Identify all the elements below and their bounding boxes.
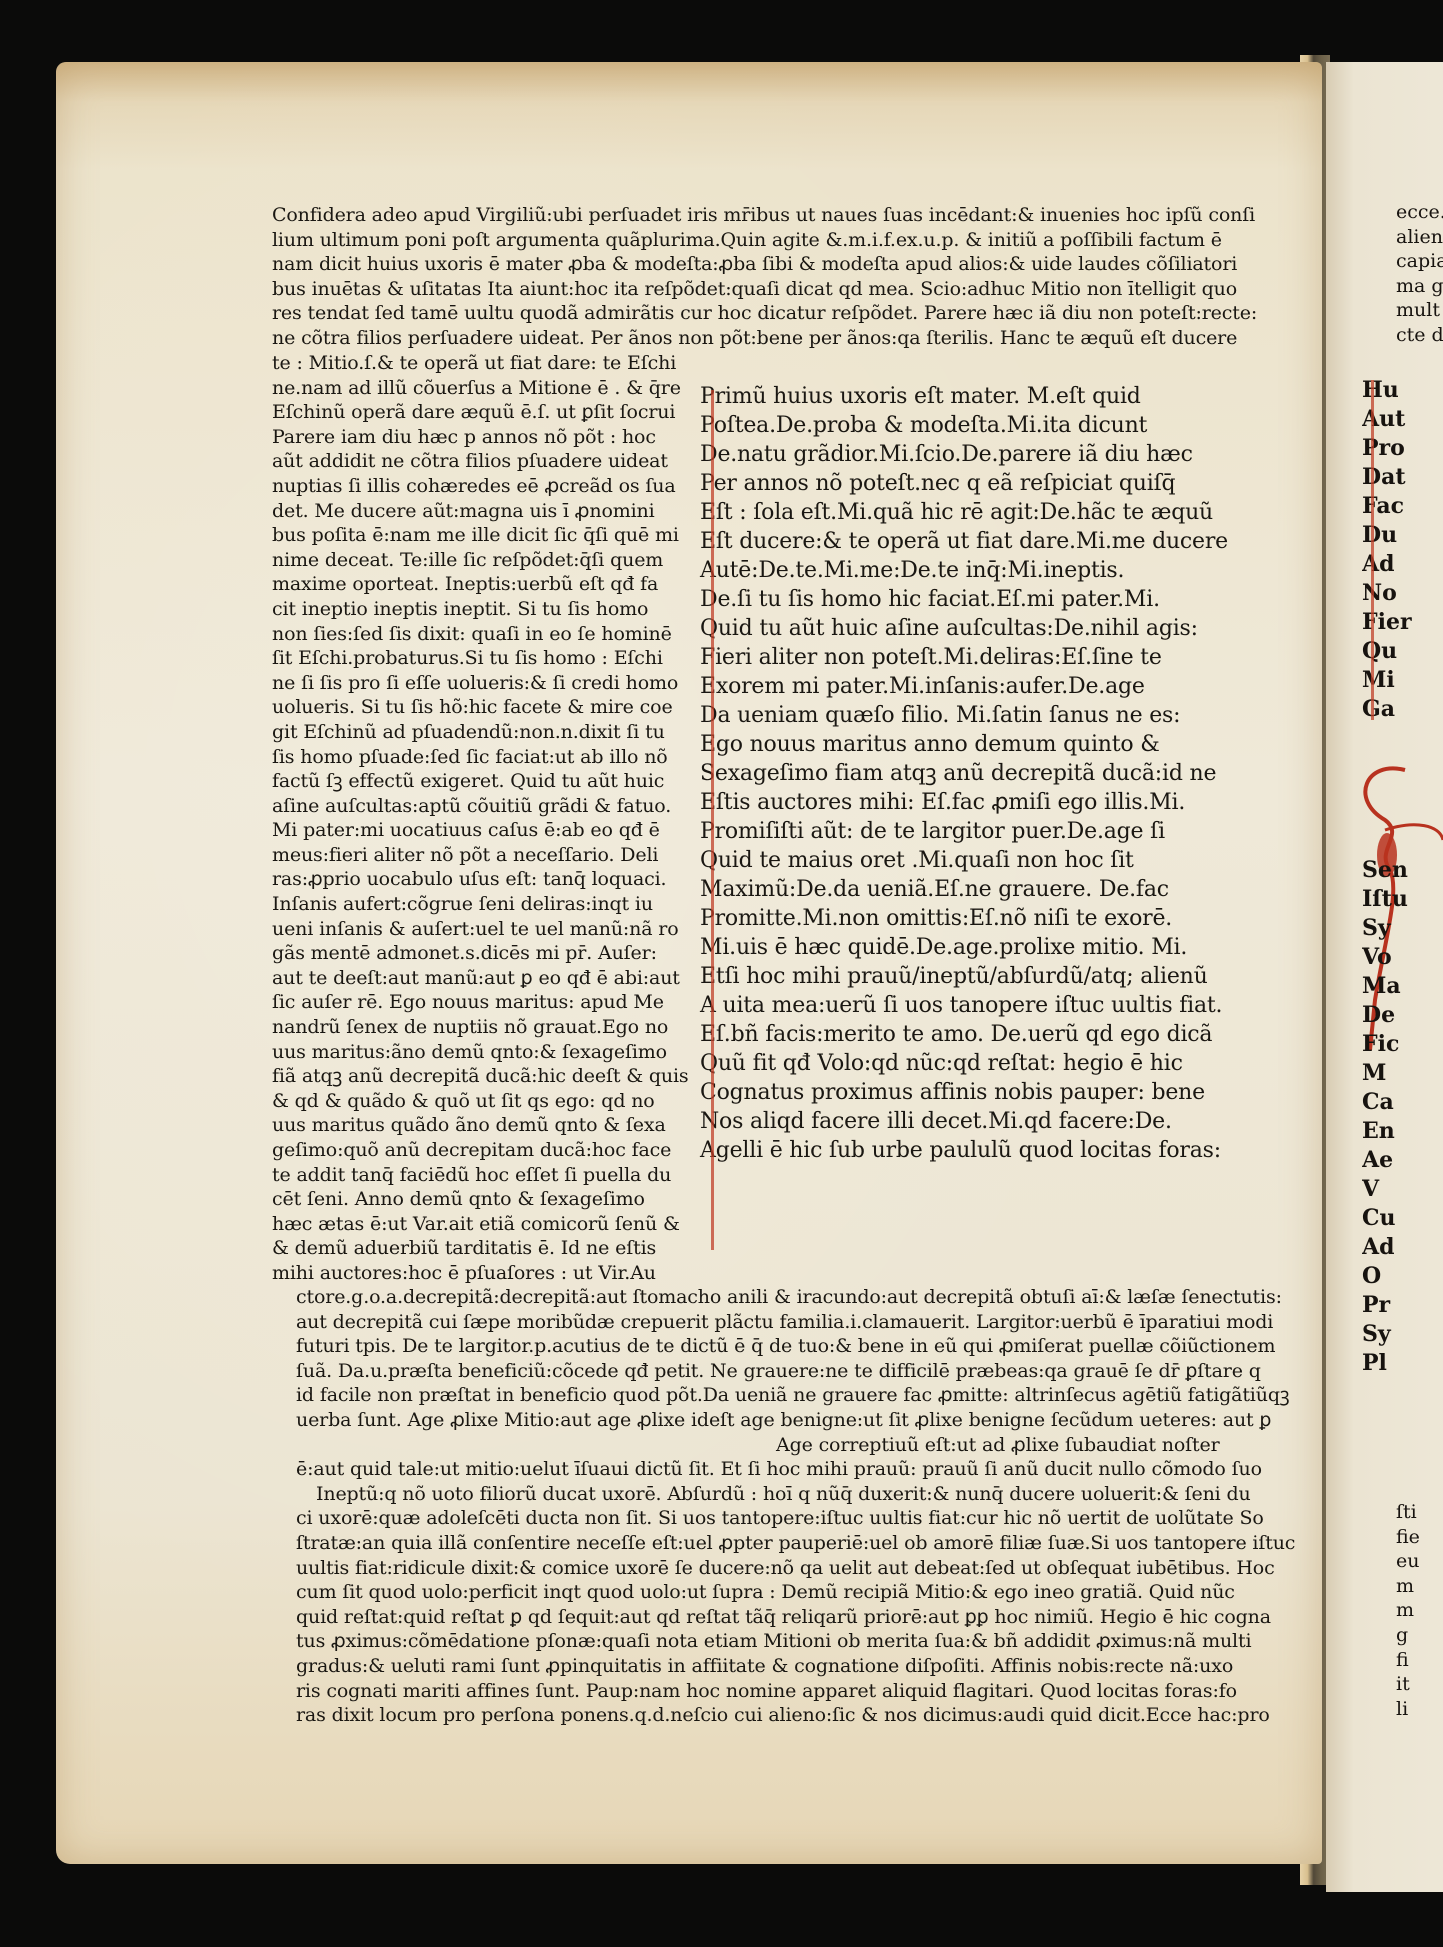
rubric-stroke-verse <box>711 390 714 1250</box>
facing-verse-line: Pr <box>1362 1291 1443 1320</box>
verse-line: Maximũ:De.da ueniã.Eſ.ne grauere. De.fac <box>700 875 1228 904</box>
verse-line: Autē:De.te.Mi.me:De.te inq̄:Mi.ineptis. <box>700 556 1228 585</box>
commentary-line: uus maritus quãdo ãno demũ qnto & ſexa <box>272 1113 689 1138</box>
facing-verse-line: Ad <box>1362 1233 1443 1262</box>
commentary-line: uultis fiat:ridicule dixit:& comice uxor… <box>296 1556 1295 1581</box>
facing-page-bottom-text: ſtifieeummgfiitli <box>1396 1500 1443 1721</box>
facing-line: eu <box>1396 1549 1443 1574</box>
facing-verse-line: Ma <box>1362 972 1443 1001</box>
verse-line: Ego nouus maritus anno demum quinto & <box>700 730 1228 759</box>
commentary-line: ſuã. Da.u.præſta beneficiũ:cõcede qđ pet… <box>296 1359 1295 1384</box>
facing-verse-line: Du <box>1362 521 1443 550</box>
commentary-line: Inſanis aufert:cõgrue ſeni deliras:inqt … <box>272 892 689 917</box>
verse-line: Eſt ducere:& te operã ut fiat dare.Mi.me… <box>700 527 1228 556</box>
verse-line: Poſtea.De.proba & modeſta.Mi.ita dicunt <box>700 411 1228 440</box>
commentary-bottom: ctore.g.o.a.decrepitã:decrepitã:aut ſtom… <box>296 1285 1295 1728</box>
commentary-line: ras:ꝓprio uocabulo uſus eſt: tanq̄ loqua… <box>272 867 689 892</box>
facing-line: mult <box>1396 298 1443 323</box>
verse-line: Cognatus proximus affinis nobis pauper: … <box>700 1078 1228 1107</box>
facing-verse-line: Sy <box>1362 914 1443 943</box>
commentary-line: det. Me ducere aũt:magna uis ī ꝓnomini <box>272 499 689 524</box>
commentary-line: bus poſita ē:nam me ille dicit ſic q̄ſi … <box>272 523 689 548</box>
facing-page-top-text: ecce.]aliencapiama gmultcte d <box>1396 200 1443 348</box>
commentary-line: meus:fieri aliter nõ põt a neceſſario. D… <box>272 843 689 868</box>
facing-verse-line: No <box>1362 579 1443 608</box>
facing-line: g <box>1396 1623 1443 1648</box>
facing-verse-line: Aut <box>1362 405 1443 434</box>
commentary-line: tus ꝓximus:cõmēdatione pſonæ:quaſi nota … <box>296 1629 1295 1654</box>
commentary-line: ſic auſer rē. Ego nouus maritus: apud Me <box>272 990 689 1015</box>
verse-line: Quid te maius oret .Mi.quaſi non hoc ſit <box>700 846 1228 875</box>
verse-line: Eſtis auctores mihi: Eſ.fac ꝓmiſi ego il… <box>700 788 1228 817</box>
commentary-line: & demũ aduerbiũ tarditatis ē. Id ne eſti… <box>272 1236 689 1261</box>
facing-verse-line: O <box>1362 1262 1443 1291</box>
commentary-line: Ineptũ:q nõ uoto filiorũ ducat uxorē. Ab… <box>296 1482 1295 1507</box>
commentary-line: lium ultimum poni poſt argumenta quãplur… <box>272 228 1257 253</box>
commentary-line: futuri tpis. De te largitor.p.acutius de… <box>296 1334 1295 1359</box>
facing-page-verse-initials-2: SenIſtuSyVoMaDeFicMCaEnAeVCuAdOPrSyPl <box>1362 856 1443 1378</box>
commentary-line: gãs mentē admonet.s.dicēs mi pr̄. Auſer: <box>272 941 689 966</box>
facing-verse-line: De <box>1362 1001 1443 1030</box>
commentary-line: ē:aut quid tale:ut mitio:uelut īſuaui di… <box>296 1457 1295 1482</box>
facing-verse-line: Hu <box>1362 376 1443 405</box>
commentary-line: mihi auctores:hoc ē pſuaſores : ut Vir.A… <box>272 1261 689 1286</box>
commentary-line: ſit Eſchi.probaturus.Si tu ſis homo : Eſ… <box>272 646 689 671</box>
commentary-line: aut te deeſt:aut manũ:aut ꝑ eo qđ ē abi:… <box>272 966 689 991</box>
commentary-line: Age correptiuũ eſt:ut ad ꝓlixe ſubaudiat… <box>296 1433 1295 1458</box>
commentary-line: nuptias ſi illis cohæredes eē ꝓcreãd os … <box>272 474 689 499</box>
verse-line: Sexageſimo fiam atqꝫ anũ decrepitã ducã:… <box>700 759 1228 788</box>
commentary-line: id facile non præſtat in beneficio quod … <box>296 1383 1295 1408</box>
facing-verse-line: Ae <box>1362 1146 1443 1175</box>
commentary-line: aũt addidit ne cõtra filios pſuadere uid… <box>272 449 689 474</box>
commentary-line: ſis homo pſuade:ſed ſic faciat:ut ab ill… <box>272 745 689 770</box>
facing-line: it <box>1396 1672 1443 1697</box>
commentary-line: ris cognati mariti affines ſunt. Paup:na… <box>296 1679 1295 1704</box>
verse-line: Mi.uis ē hæc quidē.De.age.prolixe mitio.… <box>700 933 1228 962</box>
facing-verse-line: Dat <box>1362 463 1443 492</box>
commentary-line: aut decrepitã cui ſæpe moribũdæ crepueri… <box>296 1310 1295 1335</box>
verse-line: Agelli ē hic ſub urbe paululũ quod locit… <box>700 1136 1228 1165</box>
facing-line: alien <box>1396 225 1443 250</box>
commentary-line: cum ſit quod uolo:perficit inqt quod uol… <box>296 1580 1295 1605</box>
facing-line: m <box>1396 1598 1443 1623</box>
commentary-left-column: te : Mitio.ſ.& te operã ut fiat dare: te… <box>272 351 689 1286</box>
commentary-line: aſine auſcultas:aptũ cõuitiũ grãdi & fat… <box>272 794 689 819</box>
commentary-line: maxime oporteat. Ineptis:uerbũ eſt qđ fa <box>272 572 689 597</box>
verse-line: De.ſi tu ſis homo hic faciat.Eſ.mi pater… <box>700 585 1228 614</box>
commentary-line: uolueris. Si tu ſis hõ:hic facete & mire… <box>272 695 689 720</box>
facing-line: ma g <box>1396 274 1443 299</box>
facing-page-verse-initials-1: HuAutProDatFacDuAdNoFierQuMiGa <box>1362 376 1443 724</box>
commentary-top: Confidera adeo apud Virgiliũ:ubi perſuad… <box>272 203 1257 351</box>
commentary-line: fiã atqꝫ anũ decrepitã ducã:hic deeſt & … <box>272 1064 689 1089</box>
verse-column: Primũ huius uxoris eſt mater. M.eſt quid… <box>700 382 1228 1165</box>
commentary-line: ctore.g.o.a.decrepitã:decrepitã:aut ſtom… <box>296 1285 1295 1310</box>
facing-rubric-stroke <box>1371 380 1374 720</box>
facing-verse-line: Cu <box>1362 1204 1443 1233</box>
commentary-line: gradus:& ueluti rami ſunt ꝓpinquitatis i… <box>296 1654 1295 1679</box>
verse-line: De.natu grãdior.Mi.ſcio.De.parere iã diu… <box>700 440 1228 469</box>
commentary-line: git Eſchinũ ad pſuadendũ:non.n.dixit ſi … <box>272 720 689 745</box>
commentary-line: geſimo:quõ anũ decrepitam ducã:hoc face <box>272 1138 689 1163</box>
facing-verse-line: V <box>1362 1175 1443 1204</box>
commentary-line: ne.nam ad illũ cõuerſus a Mitione ē . & … <box>272 376 689 401</box>
verse-line: Primũ huius uxoris eſt mater. M.eſt quid <box>700 382 1228 411</box>
facing-verse-line: Qu <box>1362 637 1443 666</box>
facing-verse-line: Fier <box>1362 608 1443 637</box>
commentary-line: & qd & quãdo & quõ ut ſit qs ego: qd no <box>272 1089 689 1114</box>
commentary-line: cit ineptio ineptis ineptit. Si tu ſis h… <box>272 597 689 622</box>
facing-line: ſti <box>1396 1500 1443 1525</box>
facing-verse-line: M <box>1362 1059 1443 1088</box>
verse-line: Quid tu aũt huic aſine auſcultas:De.nihi… <box>700 614 1228 643</box>
verse-line: A uita mea:uerũ ſi uos tanopere iſtuc uu… <box>700 991 1228 1020</box>
commentary-line: Confidera adeo apud Virgiliũ:ubi perſuad… <box>272 203 1257 228</box>
commentary-line: nime deceat. Te:ille ſic reſpõdet:q̄ſi q… <box>272 548 689 573</box>
commentary-line: nandrũ ſenex de nuptiis nõ grauat.Ego no <box>272 1015 689 1040</box>
commentary-line: ne ſi ſis pro ſi eſſe uolueris:& ſi cred… <box>272 671 689 696</box>
commentary-line: uerba ſunt. Age ꝓlixe Mitio:aut age ꝓlix… <box>296 1408 1295 1433</box>
facing-verse-line: Mi <box>1362 666 1443 695</box>
commentary-line: ras dixit locum pro perſona ponens.q.d.n… <box>296 1703 1295 1728</box>
verse-line: Quũ fit qđ Volo:qd nũc:qd reſtat: hegio … <box>700 1049 1228 1078</box>
facing-line: m <box>1396 1574 1443 1599</box>
commentary-line: ſtratæ:an quia illã conſentire neceſſe e… <box>296 1531 1295 1556</box>
facing-line: fi <box>1396 1648 1443 1673</box>
verse-line: Per annos nõ poteſt.nec q eã reſpiciat q… <box>700 469 1228 498</box>
commentary-line: te addit tanq̄ faciēdũ hoc eſſet ſi puel… <box>272 1163 689 1188</box>
commentary-line: te : Mitio.ſ.& te operã ut fiat dare: te… <box>272 351 689 376</box>
verse-line: Etſi hoc mihi prauũ/ineptũ/abſurdũ/atq; … <box>700 962 1228 991</box>
commentary-line: uus maritus:ãno demũ qnto:& ſexageſimo <box>272 1040 689 1065</box>
commentary-line: ne cõtra filios perſuadere uideat. Per ã… <box>272 326 1257 351</box>
commentary-line: Parere iam diu hæc p annos nõ põt : hoc <box>272 425 689 450</box>
facing-verse-line: Sy <box>1362 1320 1443 1349</box>
verse-line: Da ueniam quæſo filio. Mi.ſatin ſanus ne… <box>700 701 1228 730</box>
verse-line: Promitte.Mi.non omittis:Eſ.nõ niſi te ex… <box>700 904 1228 933</box>
commentary-line: non ſies:ſed ſis dixit: quaſi in eo ſe h… <box>272 622 689 647</box>
facing-verse-line: Fac <box>1362 492 1443 521</box>
facing-line: li <box>1396 1697 1443 1722</box>
facing-verse-line: Pl <box>1362 1349 1443 1378</box>
verse-line: Nos aliqd facere illi decet.Mi.qd facere… <box>700 1107 1228 1136</box>
facing-verse-line: Fic <box>1362 1030 1443 1059</box>
commentary-line: nam dicit huius uxoris ē mater ꝓba & mod… <box>272 252 1257 277</box>
commentary-line: factũ ſꝫ effectũ exigeret. Quid tu aũt h… <box>272 769 689 794</box>
commentary-line: ci uxorē:quæ adoleſcēti ducta non ſit. S… <box>296 1506 1295 1531</box>
verse-line: Eſt : ſola eſt.Mi.quã hic rē agit:De.hãc… <box>700 498 1228 527</box>
facing-line: fie <box>1396 1525 1443 1550</box>
verse-line: Exorem mi pater.Mi.inſanis:aufer.De.age <box>700 672 1228 701</box>
facing-verse-line: Ad <box>1362 550 1443 579</box>
facing-verse-line: En <box>1362 1117 1443 1146</box>
facing-verse-line: Ca <box>1362 1088 1443 1117</box>
commentary-line: ueni inſanis & auſert:uel te uel manũ:nã… <box>272 917 689 942</box>
facing-line: cte d <box>1396 323 1443 348</box>
commentary-line: hæc ætas ē:ut Var.ait etiã comicorũ ſenũ… <box>272 1212 689 1237</box>
commentary-line: Mi pater:mi uocatiuus caſus ē:ab eo qđ ē <box>272 818 689 843</box>
facing-verse-line: Iſtu <box>1362 885 1443 914</box>
facing-verse-line: Sen <box>1362 856 1443 885</box>
commentary-line: Eſchinũ operã dare æquũ ē.ſ. ut ꝑſit ſoc… <box>272 400 689 425</box>
facing-verse-line: Vo <box>1362 943 1443 972</box>
verse-line: Promiſiſti aũt: de te largitor puer.De.a… <box>700 817 1228 846</box>
commentary-line: quid reſtat:quid reſtat ꝑ qd ſequit:aut … <box>296 1605 1295 1630</box>
verse-line: Fieri aliter non poteſt.Mi.deliras:Eſ.ſi… <box>700 643 1228 672</box>
verse-line: Eſ.bñ facis:merito te amo. De.uerũ qd eg… <box>700 1020 1228 1049</box>
facing-verse-line: Pro <box>1362 434 1443 463</box>
facing-line: capia <box>1396 249 1443 274</box>
commentary-line: res tendat ſed tamē uultu quodã admirãti… <box>272 301 1257 326</box>
facing-verse-line: Ga <box>1362 695 1443 724</box>
facing-line: ecce.] <box>1396 200 1443 225</box>
commentary-line: cēt ſeni. Anno demũ qnto & ſexageſimo <box>272 1187 689 1212</box>
commentary-line: bus inuētas & uſitatas Ita aiunt:hoc ita… <box>272 277 1257 302</box>
